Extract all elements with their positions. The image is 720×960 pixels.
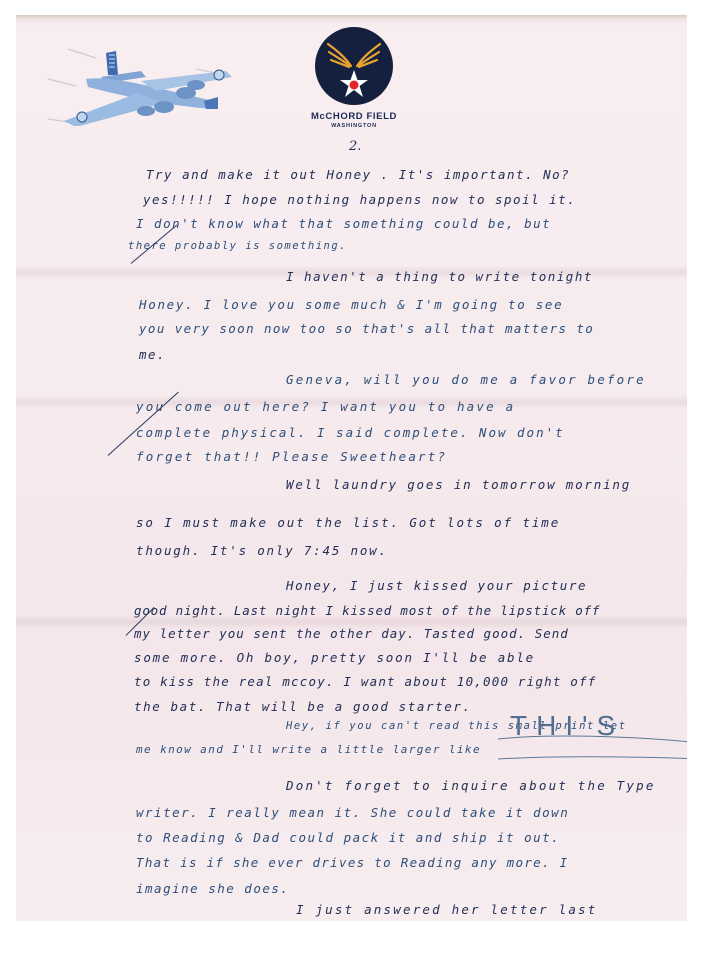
army-air-forces-insignia-icon <box>314 26 394 106</box>
letter-line: to kiss the real mccoy. I want about 10,… <box>134 674 596 689</box>
bomber-airplane-icon <box>46 31 236 126</box>
letter-line: you come out here? I want you to have a <box>136 399 515 414</box>
letter-line: yes!!!!! I hope nothing happens now to s… <box>143 192 576 207</box>
page-number: 2. <box>349 139 361 154</box>
letter-line: some more. Oh boy, pretty soon I'll be a… <box>134 650 535 665</box>
letter-line: Don't forget to inquire about the Type <box>286 778 656 793</box>
letter-line: so I must make out the list. Got lots of… <box>136 515 560 530</box>
letter-line: forget that!! Please Sweetheart? <box>136 449 447 464</box>
letter-line: I just answered her letter last <box>296 902 598 917</box>
letter-line: you very soon now too so that's all that… <box>139 321 594 336</box>
letter-line: imagine she does. <box>136 881 289 896</box>
letter-line: the bat. That will be a good starter. <box>134 699 472 714</box>
letter-line: my letter you sent the other day. Tasted… <box>134 626 569 641</box>
letterhead-location: WASHINGTON <box>256 123 452 129</box>
letter-line: That is if she ever drives to Reading an… <box>136 855 568 870</box>
letter-line: to Reading & Dad could pack it and ship … <box>136 830 560 845</box>
letter-line: writer. I really mean it. She could take… <box>136 805 569 820</box>
letter-line: I haven't a thing to write tonight <box>286 269 593 284</box>
letter-line: Well laundry goes in tomorrow morning <box>286 477 631 492</box>
letter-paper: McCHORD FIELD WASHINGTON 2. Try and make… <box>16 15 687 921</box>
letter-line: Geneva, will you do me a favor before <box>286 372 646 387</box>
underline-stroke-icon <box>496 735 687 761</box>
letter-line: there probably is something. <box>128 240 347 252</box>
letter-line: Honey. I love you some much & I'm going … <box>139 297 563 312</box>
letter-line: me. <box>139 347 166 362</box>
letter-line: I don't know what that something could b… <box>136 216 551 231</box>
letter-line: Honey, I just kissed your picture <box>286 578 587 593</box>
letter-line: good night. Last night I kissed most of … <box>134 603 600 618</box>
letter-line: me know and I'll write a little larger l… <box>136 743 481 756</box>
letterhead-name: McCHORD FIELD <box>256 111 452 122</box>
letter-line: Try and make it out Honey . It's importa… <box>146 167 570 182</box>
letter-line: though. It's only 7:45 now. <box>136 543 388 558</box>
letter-line: complete physical. I said complete. Now … <box>136 425 565 440</box>
